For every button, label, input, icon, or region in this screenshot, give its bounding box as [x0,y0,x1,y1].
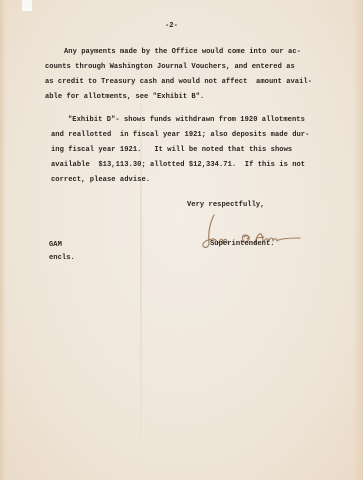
typist-initials: GAM [49,242,62,249]
page-number: -2- [165,23,178,30]
paragraph-line: able for allotments, see "Exhibit B". [45,94,204,101]
paragraph-line: available $13,113.30; allotted $12,334.7… [51,162,305,169]
closing-salutation: Very respectfully, [187,202,265,209]
paragraph-line: correct, please advise. [51,177,150,184]
enclosures-note: encls. [49,255,75,262]
signer-title: Superintendent. [210,241,275,248]
paragraph-line: and reallotted in fiscal year 1921; also… [51,132,309,139]
paragraph-line: counts through Washington Journal Vouche… [45,64,295,71]
paper-tab-mark [22,0,32,11]
paragraph-line: ing fiscal year 1921. It will be noted t… [51,147,292,154]
paragraph-line: Any payments made by the Office would co… [64,49,301,56]
paragraph-line: as credit to Treasury cash and would not… [45,79,312,86]
document-page: -2- Any payments made by the Office woul… [0,0,363,480]
paragraph-line: "Exhibit D"- shows funds withdrawn from … [68,117,305,124]
